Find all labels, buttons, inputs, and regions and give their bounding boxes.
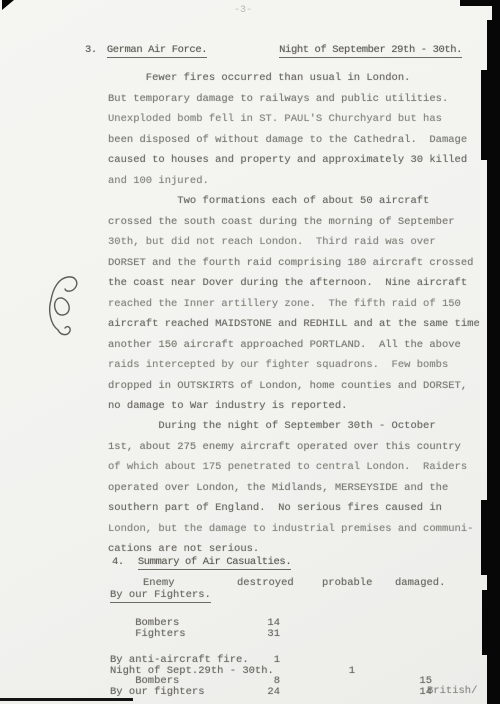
table-row: By anti-aircraft fire.1 xyxy=(110,655,460,666)
text-line: But temporary damage to railways and pub… xyxy=(108,89,478,110)
table-cell: Fighters xyxy=(110,629,186,640)
scan-bottom-line xyxy=(0,698,133,701)
text-line: Two formations each of about 50 aircraft xyxy=(108,191,478,212)
text-line: another 150 aircraft approached PORTLAND… xyxy=(108,335,478,356)
table-cell: 24 xyxy=(240,687,280,698)
table-row: Bombers815 xyxy=(110,676,460,687)
text-line: southern part of England. No serious fir… xyxy=(108,498,478,519)
text-line: London, but the damage to industrial pre… xyxy=(108,519,478,540)
page-number: -3- xyxy=(0,5,486,16)
table-cell: 1 xyxy=(240,655,280,666)
text-line: During the night of September 30th - Oct… xyxy=(108,416,478,437)
table-row: Fighters31 xyxy=(110,629,460,640)
table-row: Bombers14 xyxy=(110,618,460,629)
table-subheading: By our Fighters. xyxy=(110,589,211,603)
paragraph: During the night of September 30th - Oct… xyxy=(108,416,478,560)
text-line: of which about 175 penetrated to central… xyxy=(108,457,478,478)
table-row xyxy=(110,639,460,655)
section-number: 4. xyxy=(112,556,124,568)
table-cell: 14 xyxy=(240,618,280,629)
table-cell: By anti-aircraft fire. xyxy=(110,655,249,666)
column-header: Enemy xyxy=(143,577,175,589)
text-line: reached the Inner artillery zone. The fi… xyxy=(108,294,478,315)
scan-edge-bar xyxy=(481,70,487,160)
paragraph: Fewer fires occurred than usual in Londo… xyxy=(108,68,478,191)
column-header: probable xyxy=(322,577,372,589)
table-cell: 31 xyxy=(240,629,280,640)
scan-edge-bar xyxy=(482,590,487,655)
text-line: dropped in OUTSKIRTS of London, home cou… xyxy=(108,376,478,397)
text-line: no damage to War industry is reported. xyxy=(108,396,478,417)
section-number: 3. xyxy=(85,44,97,56)
column-header: damaged. xyxy=(395,577,445,589)
text-line: aircraft reached MAIDSTONE and REDHILL a… xyxy=(108,314,478,335)
section-heading: 3.German Air Force.Night of September 29… xyxy=(85,44,462,56)
table-cell: By our fighters xyxy=(110,687,205,698)
table-row: By our fighters2414 xyxy=(110,687,460,698)
catchword: British/ xyxy=(427,685,477,697)
table-cell: 8 xyxy=(240,676,280,687)
table-cell: Bombers xyxy=(110,676,179,687)
table-cell: Bombers xyxy=(110,618,179,629)
text-line: crossed the south coast during the morni… xyxy=(108,212,478,233)
text-line: DORSET and the fourth raid comprising 18… xyxy=(108,253,478,274)
scanned-document-page: -3- 3.German Air Force.Night of Septembe… xyxy=(0,0,500,704)
text-line: 30th, but did not reach London. Third ra… xyxy=(108,232,478,253)
text-line: 1st, about 275 enemy aircraft operated o… xyxy=(108,437,478,458)
table-subheading-row: By our Fighters. xyxy=(110,589,460,608)
table-cell: 1 xyxy=(325,666,355,677)
column-header: destroyed xyxy=(237,577,294,589)
section-title: Summary of Air Casualties. xyxy=(138,556,291,570)
text-line: caused to houses and property and approx… xyxy=(108,150,478,171)
scan-edge-bar xyxy=(481,500,487,575)
section-title: German Air Force. xyxy=(107,44,207,58)
margin-scribble-icon xyxy=(44,270,80,342)
text-line: the coast near Dover during the afternoo… xyxy=(108,273,478,294)
text-line: Fewer fires occurred than usual in Londo… xyxy=(108,68,478,89)
table-header-row: Enemy destroyed probable damaged. xyxy=(110,577,460,588)
text-line: Unexploded bomb fell in ST. PAUL'S Churc… xyxy=(108,109,478,130)
text-line: been disposed of without damage to the C… xyxy=(108,130,478,151)
text-line: operated over London, the Midlands, MERS… xyxy=(108,478,478,499)
section-heading: 4.Summary of Air Casualties. xyxy=(112,556,291,568)
casualties-table: Enemy destroyed probable damaged. By our… xyxy=(110,577,460,697)
text-line: and 100 injured. xyxy=(108,171,478,192)
table-body: Bombers14 Fighters31By anti-aircraft fir… xyxy=(110,618,460,697)
section-subtitle: Night of September 29th - 30th. xyxy=(279,44,462,58)
paragraph: Two formations each of about 50 aircraft… xyxy=(108,191,478,417)
scan-edge-bar xyxy=(487,20,500,704)
text-line: raids intercepted by our fighter squadro… xyxy=(108,355,478,376)
